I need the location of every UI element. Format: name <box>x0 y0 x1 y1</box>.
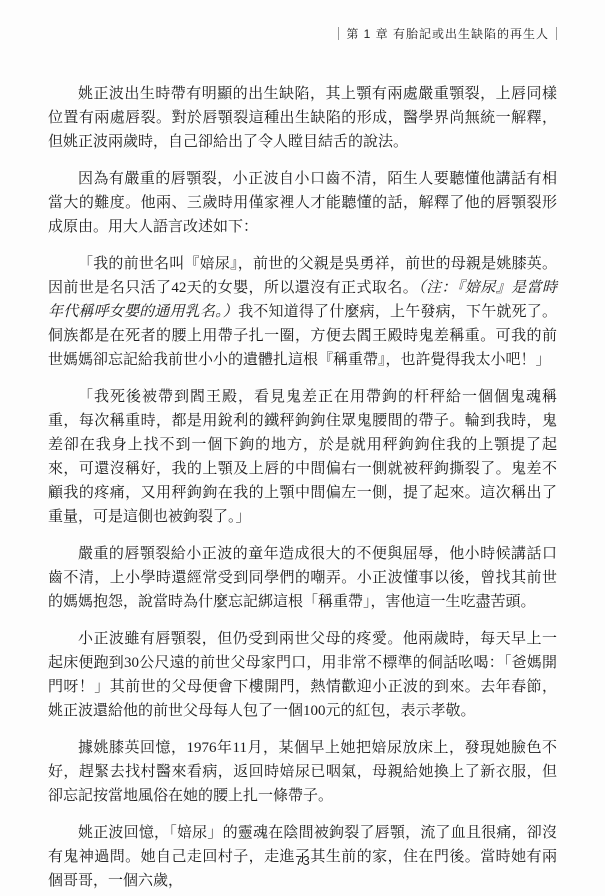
running-header: 第 1 章 有胎記或出生缺陷的再生人 <box>48 24 557 42</box>
body-text: 姚正波出生時帶有明顯的出生缺陷，其上顎有兩處嚴重顎裂，上唇同樣位置有兩處唇裂。對… <box>48 82 557 893</box>
paragraph-7: 據姚膝英回憶，1976年11月，某個早上她把婄尿放床上，發現她臉色不好，趕緊去找… <box>48 736 557 808</box>
paragraph-6: 小正波雖有唇顎裂，但仍受到兩世父母的疼愛。他兩歲時，每天早上一起床便跑到30公尺… <box>48 627 557 723</box>
header-divider-right <box>556 27 557 40</box>
header-divider-left <box>338 27 339 40</box>
paragraph-1: 姚正波出生時帶有明顯的出生缺陷，其上顎有兩處嚴重顎裂，上唇同樣位置有兩處唇裂。對… <box>48 82 557 154</box>
paragraph-5: 嚴重的唇顎裂給小正波的童年造成很大的不便與屈辱，他小時候講話口齒不清，上小學時還… <box>48 542 557 614</box>
book-page: 第 1 章 有胎記或出生缺陷的再生人 姚正波出生時帶有明顯的出生缺陷，其上顎有兩… <box>0 0 605 896</box>
chapter-title: 第 1 章 有胎記或出生缺陷的再生人 <box>346 25 549 42</box>
paragraph-3: 「我的前世名叫『婄尿』，前世的父親是吳勇祥，前世的母親是姚膝英。因前世是名只活了… <box>48 252 557 372</box>
paragraph-4: 「我死後被帶到閻王殿，看見鬼差正在用帶鉤的杆秤給一個個鬼魂稱重，每次稱重時，都是… <box>48 385 557 529</box>
paragraph-2: 因為有嚴重的唇顎裂，小正波自小口齒不清，陌生人要聽懂他講話有相當大的難度。他兩、… <box>48 167 557 239</box>
page-number: 73 <box>0 853 605 868</box>
